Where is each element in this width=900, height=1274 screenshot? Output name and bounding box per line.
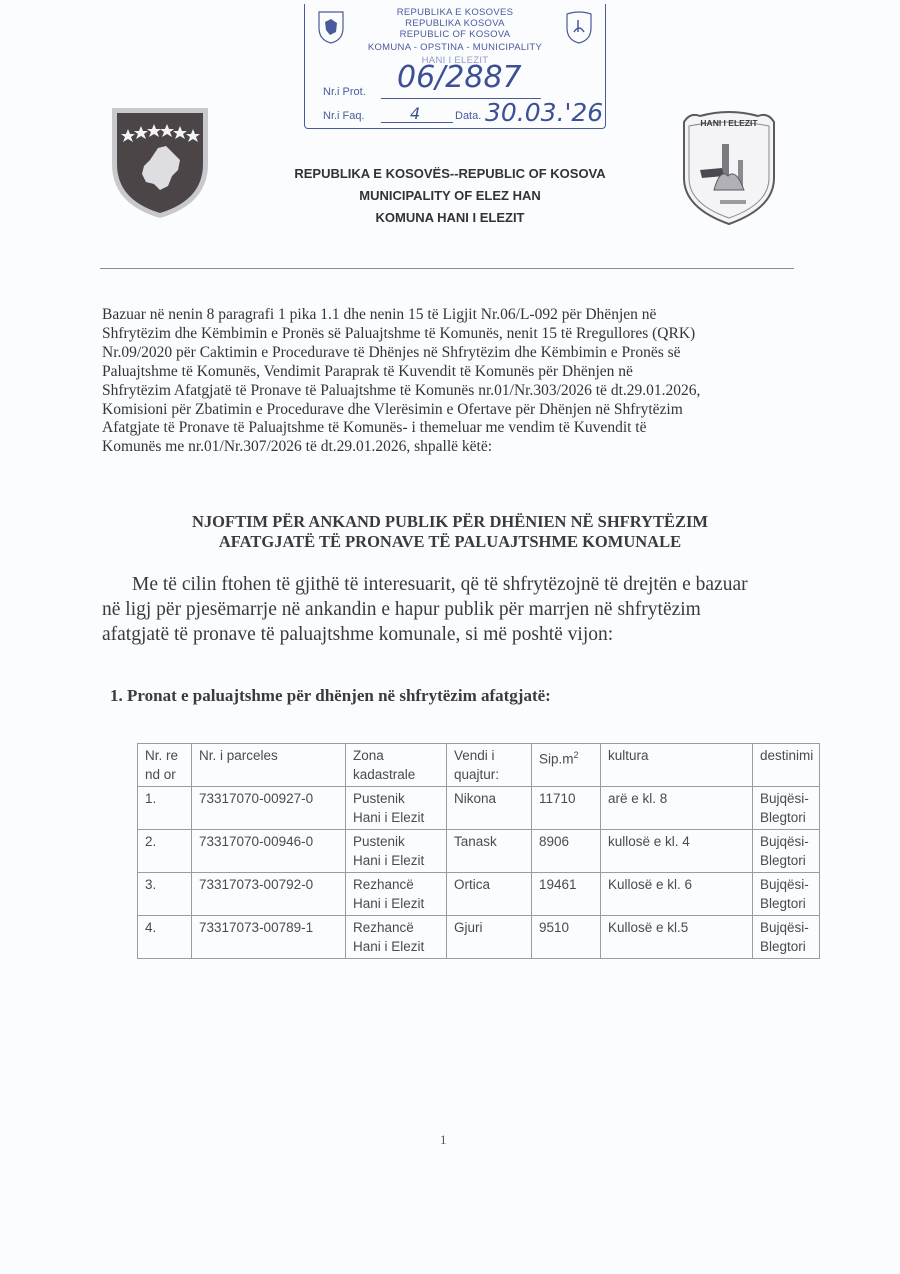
cell-culture: arë e kl. 8 <box>601 787 753 830</box>
legal-preamble: Bazuar në nenin 8 paragrafi 1 pika 1.1 d… <box>102 306 802 457</box>
cell-culture: kullosë e kl. 4 <box>601 830 753 873</box>
preamble-line: Paluajtshme të Komunës, Vendimit Parapra… <box>102 363 802 382</box>
cell-culture: Kullosë e kl.5 <box>601 916 753 959</box>
document-header: REPUBLIKA E KOSOVËS--REPUBLIC OF KOSOVA … <box>260 163 640 229</box>
cell-area: 11710 <box>532 787 601 830</box>
header-line-municipality-sq: KOMUNA HANI I ELEZIT <box>260 207 640 229</box>
cell-parcel: 73317073-00789-1 <box>192 916 346 959</box>
title-line: NJOFTIM PËR ANKAND PUBLIK PËR DHËNIEN NË… <box>140 512 760 532</box>
faq-number: 4 <box>410 104 420 123</box>
cell-zone: PustenikHani i Elezit <box>346 830 447 873</box>
cell-purpose: Bujqësi-Blegtori <box>753 787 820 830</box>
stamp-line: REPUBLIKA KOSOVA <box>305 18 605 29</box>
header-nr: Nr. rend or <box>138 744 192 787</box>
prot-number: 06/2887 <box>397 60 522 95</box>
cell-place: Nikona <box>447 787 532 830</box>
header-line-municipality-en: MUNICIPALITY OF ELEZ HAN <box>260 185 640 207</box>
cell-parcel: 73317073-00792-0 <box>192 873 346 916</box>
cell-zone: RezhancëHani i Elezit <box>346 873 447 916</box>
prot-label: Nr.i Prot. <box>323 86 366 98</box>
header-parcel: Nr. i parceles <box>192 744 346 787</box>
date-label: Data. <box>455 110 481 122</box>
intro-line: në ligj për pjesëmarrje në ankandin e ha… <box>102 597 822 622</box>
cell-nr: 3. <box>138 873 192 916</box>
cell-place: Ortica <box>447 873 532 916</box>
intro-line: afatgjatë të pronave të paluajtshme komu… <box>102 622 822 647</box>
cell-purpose: Bujqësi-Blegtori <box>753 830 820 873</box>
cell-area: 9510 <box>532 916 601 959</box>
faq-label: Nr.i Faq. <box>323 110 365 122</box>
header-zone: Zonakadastrale <box>346 744 447 787</box>
table-header-row: Nr. rend or Nr. i parceles Zonakadastral… <box>138 744 820 787</box>
intro-line: Me të cilin ftohen të gjithë të interesu… <box>102 572 822 597</box>
cell-parcel: 73317070-00946-0 <box>192 830 346 873</box>
header-area: Sip.m2 <box>532 744 601 787</box>
header-divider <box>100 268 794 269</box>
section-heading: 1. Pronat e paluajtshme për dhënjen në s… <box>110 686 551 706</box>
cell-nr: 1. <box>138 787 192 830</box>
preamble-line: Komunës me nr.01/Nr.307/2026 të dt.29.01… <box>102 438 802 457</box>
cell-area: 19461 <box>532 873 601 916</box>
preamble-line: Shfrytëzim Afatgjatë të Pronave të Palua… <box>102 382 802 401</box>
table-row: 1.73317070-00927-0PustenikHani i ElezitN… <box>138 787 820 830</box>
cell-nr: 2. <box>138 830 192 873</box>
title-line: AFATGJATË TË PRONAVE TË PALUAJTSHME KOMU… <box>140 532 760 552</box>
properties-table: Nr. rend or Nr. i parceles Zonakadastral… <box>137 743 820 959</box>
header-place: Vendi iquajtur: <box>447 744 532 787</box>
cell-zone: RezhancëHani i Elezit <box>346 916 447 959</box>
page-number: 1 <box>440 1132 447 1148</box>
preamble-line: Bazuar në nenin 8 paragrafi 1 pika 1.1 d… <box>102 306 802 325</box>
registry-stamp: REPUBLIKA E KOSOVES REPUBLIKA KOSOVA REP… <box>304 4 606 129</box>
stamp-line: REPUBLIKA E KOSOVES <box>305 7 605 18</box>
cell-zone: PustenikHani i Elezit <box>346 787 447 830</box>
cell-place: Gjuri <box>447 916 532 959</box>
kosovo-coat-of-arms-icon <box>108 104 212 220</box>
table-row: 2.73317070-00946-0PustenikHani i ElezitT… <box>138 830 820 873</box>
cell-parcel: 73317070-00927-0 <box>192 787 346 830</box>
preamble-line: Afatgjate të Pronave të Paluajtshme të K… <box>102 419 802 438</box>
notice-title: NJOFTIM PËR ANKAND PUBLIK PËR DHËNIEN NË… <box>140 512 760 552</box>
table-row: 3.73317073-00792-0RezhancëHani i ElezitO… <box>138 873 820 916</box>
intro-paragraph: Me të cilin ftohen të gjithë të interesu… <box>102 572 822 647</box>
cell-area: 8906 <box>532 830 601 873</box>
municipality-coat-of-arms: HANI I ELEZIT <box>680 108 778 226</box>
cell-nr: 4. <box>138 916 192 959</box>
stamp-date: 30.03.'26 <box>485 98 603 127</box>
preamble-line: Shfrytëzim dhe Këmbimin e Pronës së Palu… <box>102 325 802 344</box>
table-row: 4.73317073-00789-1RezhancëHani i ElezitG… <box>138 916 820 959</box>
cell-purpose: Bujqësi-Blegtori <box>753 873 820 916</box>
preamble-line: Nr.09/2020 për Caktimin e Procedurave të… <box>102 344 802 363</box>
stamp-line: REPUBLIC OF KOSOVA <box>305 29 605 40</box>
cell-purpose: Bujqësi-Blegtori <box>753 916 820 959</box>
header-line-republic: REPUBLIKA E KOSOVËS--REPUBLIC OF KOSOVA <box>260 163 640 185</box>
header-purpose: destinimi <box>753 744 820 787</box>
preamble-line: Komisioni për Zbatimin e Procedurave dhe… <box>102 401 802 420</box>
header-culture: kultura <box>601 744 753 787</box>
emblem-title: HANI I ELEZIT <box>680 118 778 128</box>
stamp-line: KOMUNA - OPSTINA - MUNICIPALITY <box>305 42 605 53</box>
cell-culture: Kullosë e kl. 6 <box>601 873 753 916</box>
cell-place: Tanask <box>447 830 532 873</box>
